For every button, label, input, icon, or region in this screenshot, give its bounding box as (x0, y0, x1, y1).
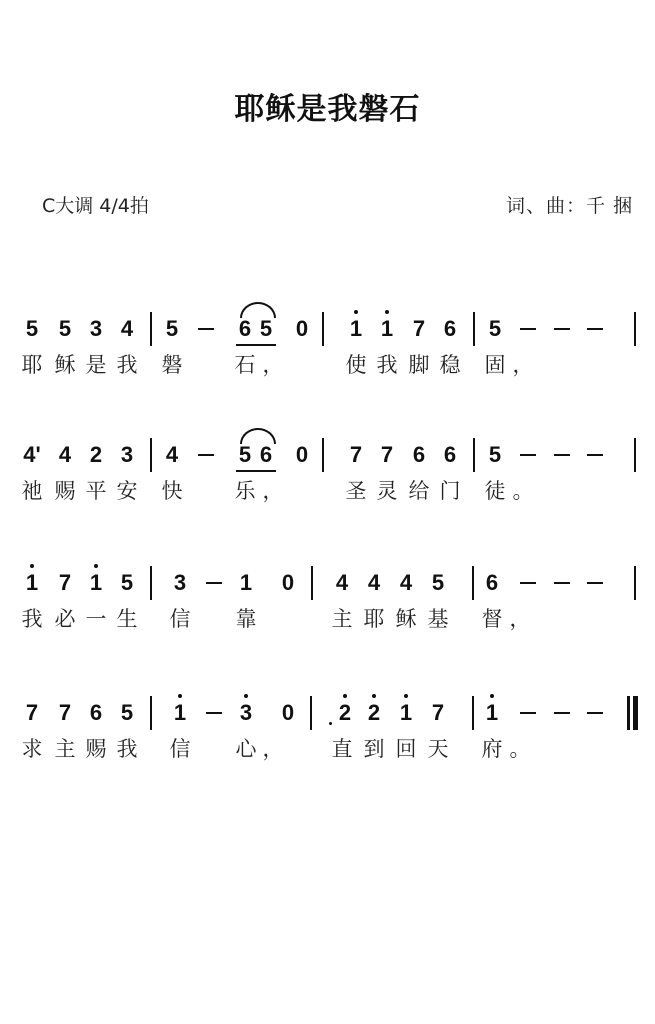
note-digit: 1 (486, 700, 498, 725)
key-and-time-signature: C大调 4/4拍 (42, 191, 149, 218)
lyric-char: 。 (510, 478, 536, 504)
note: 4 (54, 442, 76, 468)
note: 6 (85, 700, 107, 726)
eighth-note-underline (236, 470, 276, 472)
note-digit: 5 (121, 700, 133, 725)
barline (150, 312, 152, 346)
song-title: 耶稣是我磐石 (0, 84, 655, 128)
lyric-char: 。 (507, 736, 533, 762)
note: 3 (235, 700, 257, 726)
lyric-char: ， (260, 736, 286, 762)
lyric-char: 固 (482, 352, 508, 378)
note-digit: 1 (400, 700, 412, 725)
lyric-char: 到 (361, 736, 387, 762)
note-digit: 5 (26, 316, 38, 341)
note-digit: 5 (166, 316, 178, 341)
octave-high-dot (343, 694, 347, 698)
note: 1 (235, 570, 257, 596)
note: 5 (484, 442, 506, 468)
lyric-char: 祂 (19, 478, 45, 504)
note: 1 (395, 700, 417, 726)
note: 4 (395, 570, 417, 596)
note: 5 (234, 442, 256, 468)
note: 1 (345, 316, 367, 342)
lyric-char: 督 (479, 606, 505, 632)
lyric-char: 赐 (83, 736, 109, 762)
octave-high-dot (490, 694, 494, 698)
barline (150, 566, 152, 600)
lyric-char: 石 (232, 352, 258, 378)
note: 6 (481, 570, 503, 596)
lyric-char: 使 (343, 352, 369, 378)
barline (634, 438, 636, 472)
note: 7 (408, 316, 430, 342)
dash-sustain (520, 328, 536, 330)
dash-sustain (587, 582, 603, 584)
note: 3 (169, 570, 191, 596)
score-row: 171531044456我必一生信靠主耶稣基督， (0, 570, 655, 660)
final-barline-thin (627, 696, 630, 730)
eighth-note-underline (236, 344, 276, 346)
note: 2 (85, 442, 107, 468)
barline (634, 566, 636, 600)
lyric-char: 我 (374, 352, 400, 378)
note-digit: 4 (336, 570, 348, 595)
note-digit: 6 (486, 570, 498, 595)
lyric-char: 生 (114, 606, 140, 632)
note: 7 (376, 442, 398, 468)
note-digit: 7 (413, 316, 425, 341)
note-digit: 5 (260, 316, 272, 341)
note-digit: 1 (240, 570, 252, 595)
dash-sustain (587, 328, 603, 330)
lyric-char: 快 (159, 478, 185, 504)
note-digit: 0 (296, 316, 308, 341)
octave-high-dot (244, 694, 248, 698)
barline (322, 438, 324, 472)
octave-high-dot (94, 564, 98, 568)
note-digit: 4' (23, 442, 40, 467)
note: 2 (363, 700, 385, 726)
note-digit: 1 (350, 316, 362, 341)
final-barline-thick (633, 696, 638, 730)
lyric-char: 稳 (437, 352, 463, 378)
note: 6 (408, 442, 430, 468)
note: 3 (85, 316, 107, 342)
note: 0 (277, 570, 299, 596)
slur-arc (240, 428, 276, 444)
note: 5 (54, 316, 76, 342)
lyric-char: 基 (425, 606, 451, 632)
note: 2 (334, 700, 356, 726)
dash-sustain (206, 582, 222, 584)
note-digit: 0 (282, 570, 294, 595)
lyric-char: 必 (52, 606, 78, 632)
lyric-char: 平 (83, 478, 109, 504)
score-row: 5534565011765耶稣是我磐石，使我脚稳固， (0, 316, 655, 406)
lyric-char: ， (260, 478, 286, 504)
note-digit: 1 (174, 700, 186, 725)
note: 5 (161, 316, 183, 342)
note-digit: 2 (368, 700, 380, 725)
lyric-char: 主 (329, 606, 355, 632)
note-digit: 4 (166, 442, 178, 467)
note-digit: 2 (90, 442, 102, 467)
barline (322, 312, 324, 346)
note: 4 (363, 570, 385, 596)
note-digit: 3 (240, 700, 252, 725)
lyric-char: 心 (233, 736, 259, 762)
barline (634, 312, 636, 346)
note-digit: 5 (239, 442, 251, 467)
barline (311, 566, 313, 600)
note: 5 (116, 700, 138, 726)
lyric-char: 府 (479, 736, 505, 762)
note-digit: 5 (489, 316, 501, 341)
lyric-char: 徒 (482, 478, 508, 504)
octave-high-dot (404, 694, 408, 698)
note: 7 (345, 442, 367, 468)
note: 5 (484, 316, 506, 342)
note-digit: 6 (239, 316, 251, 341)
note: 1 (481, 700, 503, 726)
note: 3 (116, 442, 138, 468)
note-digit: 2 (339, 700, 351, 725)
barline (473, 312, 475, 346)
lyric-char: 我 (114, 352, 140, 378)
barline (150, 696, 152, 730)
lyric-char: 回 (393, 736, 419, 762)
lyric-char: 直 (329, 736, 355, 762)
note: 0 (277, 700, 299, 726)
note: 4 (331, 570, 353, 596)
lyric-char: 我 (114, 736, 140, 762)
note-digit: 3 (121, 442, 133, 467)
lyric-char: ， (510, 352, 536, 378)
note-digit: 7 (432, 700, 444, 725)
octave-high-dot (178, 694, 182, 698)
note: 6 (439, 316, 461, 342)
lyric-char: 求 (19, 736, 45, 762)
note-digit: 0 (282, 700, 294, 725)
octave-high-dot (385, 310, 389, 314)
lyric-char: 稣 (393, 606, 419, 632)
note: 6 (255, 442, 277, 468)
note: 4' (21, 442, 43, 468)
note: 7 (54, 570, 76, 596)
octave-high-dot (372, 694, 376, 698)
lyric-char: 耶 (361, 606, 387, 632)
barline (472, 566, 474, 600)
note-digit: 7 (26, 700, 38, 725)
lyric-char: 是 (83, 352, 109, 378)
note: 0 (291, 442, 313, 468)
note-digit: 6 (444, 316, 456, 341)
dash-sustain (554, 712, 570, 714)
note-digit: 4 (400, 570, 412, 595)
note: 7 (21, 700, 43, 726)
note: 5 (21, 316, 43, 342)
octave-high-dot (30, 564, 34, 568)
lyric-char: 门 (437, 478, 463, 504)
lyric-char: 脚 (406, 352, 432, 378)
dash-sustain (587, 454, 603, 456)
note: 1 (376, 316, 398, 342)
note: 1 (85, 570, 107, 596)
dash-sustain (587, 712, 603, 714)
note-digit: 4 (59, 442, 71, 467)
lyricist-composer-credit: 词、曲：千 捆 (506, 191, 633, 218)
note: 5 (116, 570, 138, 596)
note: 1 (21, 570, 43, 596)
note: 6 (234, 316, 256, 342)
note: 5 (255, 316, 277, 342)
note: 7 (427, 700, 449, 726)
lyric-char: ， (507, 606, 533, 632)
note: 5 (427, 570, 449, 596)
note-digit: 6 (260, 442, 272, 467)
note-digit: 5 (489, 442, 501, 467)
barline (150, 438, 152, 472)
dash-sustain (520, 712, 536, 714)
lyric-char: 稣 (52, 352, 78, 378)
dash-sustain (198, 328, 214, 330)
note-digit: 1 (381, 316, 393, 341)
note-digit: 6 (413, 442, 425, 467)
lyric-char: 主 (52, 736, 78, 762)
note-digit: 3 (90, 316, 102, 341)
note: 0 (291, 316, 313, 342)
note-digit: 5 (432, 570, 444, 595)
dash-sustain (520, 582, 536, 584)
lyric-char: ， (260, 352, 286, 378)
slur-arc (240, 302, 276, 318)
lyric-char: 灵 (374, 478, 400, 504)
note-digit: 7 (59, 570, 71, 595)
lyric-char: 我 (19, 606, 45, 632)
note-digit: 1 (26, 570, 38, 595)
lyric-char: 给 (406, 478, 432, 504)
lyric-char: 圣 (343, 478, 369, 504)
lyric-char: 信 (167, 736, 193, 762)
note-digit: 6 (444, 442, 456, 467)
octave-high-dot (354, 310, 358, 314)
note-digit: 7 (59, 700, 71, 725)
stray-dot (329, 722, 332, 725)
note: 4 (161, 442, 183, 468)
note-digit: 5 (121, 570, 133, 595)
score-row: 4'423456077665祂赐平安快乐，圣灵给门徒。 (0, 442, 655, 532)
note: 7 (54, 700, 76, 726)
note-digit: 1 (90, 570, 102, 595)
note-digit: 7 (381, 442, 393, 467)
lyric-char: 安 (114, 478, 140, 504)
lyric-char: 乐 (232, 478, 258, 504)
note-digit: 7 (350, 442, 362, 467)
dash-sustain (206, 712, 222, 714)
note-digit: 5 (59, 316, 71, 341)
score-row: 776513022171求主赐我信心，直到回天府。 (0, 700, 655, 790)
lyric-char: 天 (425, 736, 451, 762)
dash-sustain (554, 328, 570, 330)
dash-sustain (554, 582, 570, 584)
note-digit: 6 (90, 700, 102, 725)
lyric-char: 磐 (159, 352, 185, 378)
note-digit: 4 (368, 570, 380, 595)
lyric-char: 耶 (19, 352, 45, 378)
barline (310, 696, 312, 730)
note-digit: 3 (174, 570, 186, 595)
dash-sustain (198, 454, 214, 456)
lyric-char: 靠 (233, 606, 259, 632)
note: 4 (116, 316, 138, 342)
note: 1 (169, 700, 191, 726)
lyric-char: 一 (83, 606, 109, 632)
note-digit: 4 (121, 316, 133, 341)
dash-sustain (554, 454, 570, 456)
note-digit: 0 (296, 442, 308, 467)
note: 6 (439, 442, 461, 468)
lyric-char: 信 (167, 606, 193, 632)
dash-sustain (520, 454, 536, 456)
lyric-char: 赐 (52, 478, 78, 504)
barline (472, 696, 474, 730)
barline (473, 438, 475, 472)
